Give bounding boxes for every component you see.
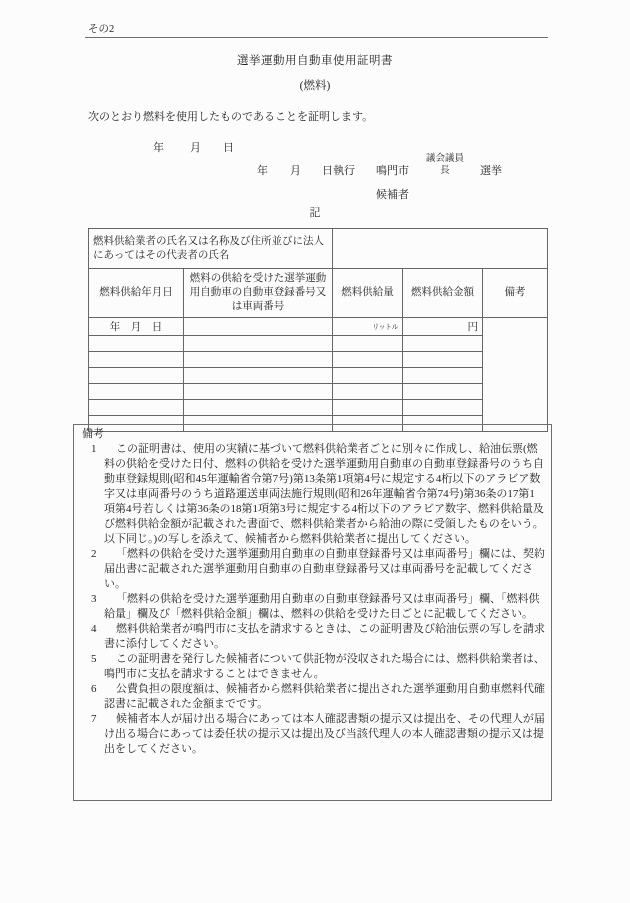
empty-cell[interactable] [89, 352, 184, 368]
note-item-2: 2 「燃料の供給を受けた選挙運動用自動車の自動車登録番号又は車両番号」欄には、契… [104, 547, 545, 592]
empty-cell[interactable] [333, 368, 403, 384]
note-text: この証明書を発行した候補者について供託物が没収された場合には、燃料供給業者は、鳴… [104, 653, 545, 680]
note-item-6: 6 公費負担の限度額は、候補者から燃料供給業者に提出された選挙運動用自動車燃料代… [104, 682, 545, 712]
empty-cell[interactable] [333, 400, 403, 416]
issue-day-label: 日 [223, 139, 234, 155]
note-number: 4 [91, 622, 97, 637]
note-number: 6 [91, 682, 97, 697]
note-number: 2 [91, 547, 97, 562]
note-item-7: 7 候補者本人が届け出る場合にあっては本人確認書類の提示又は提出を、その代理人が… [104, 712, 545, 757]
form-number-label: その2 [88, 21, 114, 36]
office-mayor-label: 長 [416, 165, 474, 177]
supplier-name-field[interactable] [333, 229, 548, 269]
empty-cell[interactable] [184, 384, 333, 400]
election-year-label: 年 [257, 162, 268, 178]
empty-cell[interactable] [403, 384, 483, 400]
note-text: 燃料供給業者が鳴門市に支払を請求するときは、この証明書及び給油伝票の写しを請求書… [104, 623, 545, 650]
empty-cell[interactable] [89, 368, 184, 384]
note-text: 「燃料の供給を受けた選挙運動用自動車の自動車登録番号又は車両番号」欄、「燃料供給… [104, 593, 540, 620]
document-title: 選挙運動用自動車使用証明書 [0, 52, 630, 68]
table-empty-row [89, 336, 548, 352]
unit-row: 年 月 日 リットル 円 [89, 318, 548, 336]
table-empty-row [89, 352, 548, 368]
empty-cell[interactable] [333, 352, 403, 368]
office-type-stack: 議会議員 長 [416, 153, 474, 177]
supplier-row: 燃料供給業者の氏名又は名称及び住所並びに法人にあってはその代表者の氏名 [89, 229, 548, 269]
empty-cell[interactable] [184, 336, 333, 352]
empty-cell[interactable] [333, 384, 403, 400]
office-council-label: 議会議員 [416, 153, 474, 165]
empty-cell[interactable] [184, 352, 333, 368]
election-month-label: 月 [290, 162, 301, 178]
col-header-date: 燃料供給年月日 [89, 269, 184, 318]
empty-cell[interactable] [184, 400, 333, 416]
election-day-exec-label: 日執行 [322, 162, 355, 178]
empty-cell[interactable] [89, 336, 184, 352]
document-page: その2 選挙運動用自動車使用証明書 (燃料) 次のとおり燃料を使用したものである… [0, 0, 630, 903]
note-number: 3 [91, 592, 97, 607]
certify-statement: 次のとおり燃料を使用したものであることを証明します。 [88, 108, 373, 124]
note-text: この証明書は、使用の実績に基づいて燃料供給業者ごとに別々に作成し、給油伝票(燃料… [104, 443, 544, 545]
note-text: 公費負担の限度額は、候補者から燃料供給業者に提出された選挙運動用自動車燃料代確認… [104, 683, 545, 710]
table-empty-row [89, 384, 548, 400]
note-text: 候補者本人が届け出る場合にあっては本人確認書類の提示又は提出を、その代理人が届け… [104, 713, 545, 755]
empty-cell[interactable] [403, 400, 483, 416]
note-item-5: 5 この証明書を発行した候補者について供託物が没収された場合には、燃料供給業者は… [104, 652, 545, 682]
unit-liters-cell[interactable]: リットル [333, 318, 403, 336]
issue-year-label: 年 [153, 139, 164, 155]
col-header-remarks: 備考 [483, 269, 548, 318]
header-rule [85, 37, 548, 38]
empty-cell[interactable] [403, 352, 483, 368]
notes-box: 備考 1 この証明書は、使用の実績に基づいて燃料供給業者ごとに別々に作成し、給油… [73, 424, 552, 801]
col-header-amount: 燃料供給金額 [403, 269, 483, 318]
unit-date-cell[interactable]: 年 月 日 [89, 318, 184, 336]
empty-cell[interactable] [403, 368, 483, 384]
issue-month-label: 月 [190, 139, 201, 155]
note-item-1: 1 この証明書は、使用の実績に基づいて燃料供給業者ごとに別々に作成し、給油伝票(… [104, 442, 545, 547]
table-header-row: 燃料供給年月日 燃料の供給を受けた選挙運動用自動車の自動車登録番号又は車両番号 … [89, 269, 548, 318]
note-number: 7 [91, 712, 97, 727]
col-header-quantity: 燃料供給量 [333, 269, 403, 318]
note-item-3: 3 「燃料の供給を受けた選挙運動用自動車の自動車登録番号又は車両番号」欄、「燃料… [104, 592, 545, 622]
note-number: 5 [91, 652, 97, 667]
note-number: 1 [91, 442, 97, 457]
remarks-merged-cell[interactable] [483, 318, 548, 432]
supplier-name-label: 燃料供給業者の氏名又は名称及び住所並びに法人にあってはその代表者の氏名 [89, 229, 333, 269]
vehicle-entry-cell[interactable] [184, 318, 333, 336]
city-name: 鳴門市 [376, 162, 409, 178]
empty-cell[interactable] [184, 368, 333, 384]
candidate-label: 候補者 [376, 186, 409, 202]
notes-label: 備考 [82, 427, 545, 442]
note-item-4: 4 燃料供給業者が鳴門市に支払を請求するときは、この証明書及び給油伝票の写しを請… [104, 622, 545, 652]
election-suffix-label: 選挙 [480, 162, 502, 178]
empty-cell[interactable] [403, 336, 483, 352]
col-header-vehicle: 燃料の供給を受けた選挙運動用自動車の自動車登録番号又は車両番号 [184, 269, 333, 318]
empty-cell[interactable] [89, 400, 184, 416]
fuel-supply-table: 燃料供給業者の氏名又は名称及び住所並びに法人にあってはその代表者の氏名 燃料供給… [88, 228, 548, 432]
empty-cell[interactable] [333, 336, 403, 352]
table-empty-row [89, 400, 548, 416]
unit-yen-cell[interactable]: 円 [403, 318, 483, 336]
table-empty-row [89, 368, 548, 384]
note-text: 「燃料の供給を受けた選挙運動用自動車の自動車登録番号又は車両番号」欄には、契約届… [104, 548, 545, 590]
empty-cell[interactable] [89, 384, 184, 400]
document-subtitle: (燃料) [0, 77, 630, 93]
record-mark: 記 [0, 204, 630, 220]
